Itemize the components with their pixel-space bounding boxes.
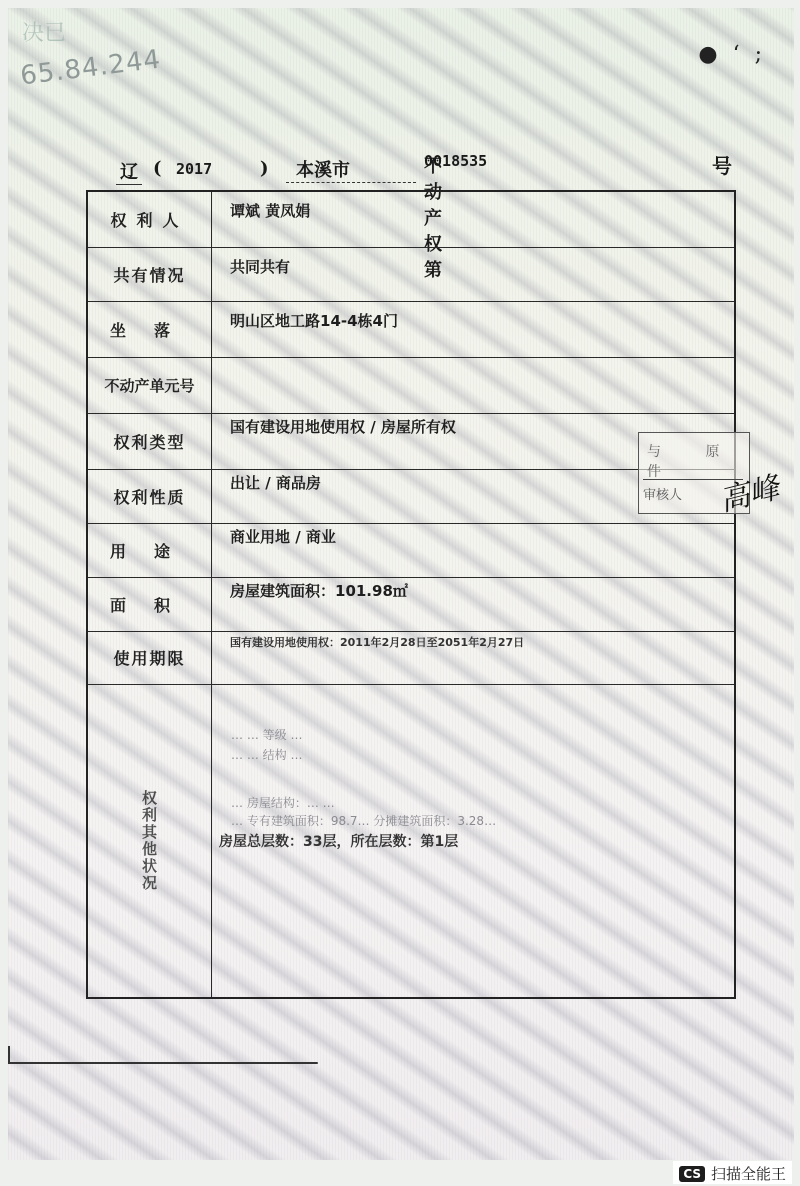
cert-city: 本溪市 xyxy=(286,156,416,183)
table-row-other-status: 权利其他状况 … … 等级 … … … 结构 … … 房屋结构：… … … 专有… xyxy=(87,684,735,998)
row-value xyxy=(212,357,736,413)
row-value: 明山区地工路14-4栋4门 xyxy=(212,301,736,357)
row-value: 商业用地 / 商业 xyxy=(212,523,736,577)
row-label: 不动产单元号 xyxy=(87,357,212,413)
corner-marks: ● ‘ ; xyxy=(698,42,766,67)
row-label: 用途 xyxy=(87,523,212,577)
province-abbr: 辽 xyxy=(116,158,142,185)
row-value: 共同共有 xyxy=(212,247,736,301)
row-value: 房屋建筑面积：101.98㎡ xyxy=(212,577,736,631)
table-row: 坐落 明山区地工路14-4栋4门 xyxy=(87,301,735,357)
row-label: 面积 xyxy=(87,577,212,631)
open-paren: ( xyxy=(153,158,162,179)
row-label: 使用期限 xyxy=(87,631,212,684)
floor-info: 房屋总层数：33层，所在层数：第1层 xyxy=(219,831,458,851)
row-value: 谭斌 黄凤娟 xyxy=(212,191,736,247)
faded-line: … … 结构 … xyxy=(231,746,302,763)
table-row: 权利人 谭斌 黄凤娟 xyxy=(87,191,735,247)
row-label: 权利类型 xyxy=(87,413,212,469)
table-row: 使用期限 国有建设用地使用权：2011年2月28日至2051年2月27日 xyxy=(87,631,735,684)
watermark-text: 扫描全能王 xyxy=(711,1163,786,1184)
row-label: 权利性质 xyxy=(87,469,212,523)
row-value: 国有建设用地使用权：2011年2月28日至2051年2月27日 xyxy=(212,631,736,684)
faded-line: … … 等级 … xyxy=(231,726,302,743)
row-label: 共有情况 xyxy=(87,247,212,301)
row-label: 坐落 xyxy=(87,301,212,357)
registration-table: 权利人 谭斌 黄凤娟 共有情况 共同共有 坐落 明山区地工路14-4栋4门 不动… xyxy=(86,190,736,999)
row-label: 权利人 xyxy=(87,191,212,247)
camscanner-logo-icon: CS xyxy=(679,1166,705,1182)
faded-line: … 房屋结构：… … xyxy=(231,794,335,811)
other-status-value: … … 等级 … … … 结构 … … 房屋结构：… … … 专有建筑面积：98… xyxy=(212,684,736,998)
table-row: 共有情况 共同共有 xyxy=(87,247,735,301)
table-row: 用途 商业用地 / 商业 xyxy=(87,523,735,577)
serial-top-fragment: 决已 xyxy=(22,16,66,47)
cert-number: 0018535 xyxy=(424,152,487,170)
faded-line: … 专有建筑面积：98.7… 分摊建筑面积：3.28… xyxy=(231,812,496,829)
other-status-label: 权利其他状况 xyxy=(139,790,160,892)
cert-suffix: 号 xyxy=(712,150,732,179)
other-status-label-cell: 权利其他状况 xyxy=(87,684,212,998)
page-fold-line xyxy=(8,1062,318,1064)
serial-number: 65.84.244 xyxy=(19,45,163,92)
table-row: 不动产单元号 xyxy=(87,357,735,413)
scanner-watermark: CS 扫描全能王 xyxy=(673,1161,792,1184)
close-paren: ) xyxy=(260,158,269,179)
cert-year: 2017 xyxy=(176,160,212,178)
certificate-header: 辽 ( 2017 ) 本溪市 不动产权第0018535 号 xyxy=(108,150,748,190)
table-row: 面积 房屋建筑面积：101.98㎡ xyxy=(87,577,735,631)
